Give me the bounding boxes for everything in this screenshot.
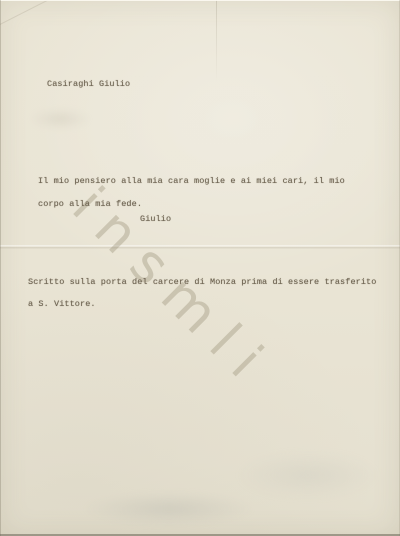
scanned-letter-page: insmli Casiraghi Giulio Il mio pensiero …	[0, 0, 400, 536]
signature: Giulio	[140, 214, 171, 224]
paper-crease-diagonal	[0, 0, 99, 29]
paper-stain	[84, 492, 254, 526]
body-text-line-2: corpo alla mia fede.	[38, 199, 142, 209]
paper-edge-top	[0, 0, 400, 1]
paper-stain	[238, 452, 378, 498]
paper-crease-vertical	[216, 0, 217, 82]
note-line-2: a S. Vittore.	[28, 299, 96, 309]
paper-edge-left	[0, 0, 1, 536]
paper-stain	[30, 108, 90, 130]
paper-fold-crease	[0, 245, 400, 249]
author-name: Casiraghi Giulio	[47, 79, 130, 89]
body-text-line-1: Il mio pensiero alla mia cara moglie e a…	[38, 176, 345, 186]
note-line-1: Scritto sulla porta del carcere di Monza…	[28, 277, 376, 287]
